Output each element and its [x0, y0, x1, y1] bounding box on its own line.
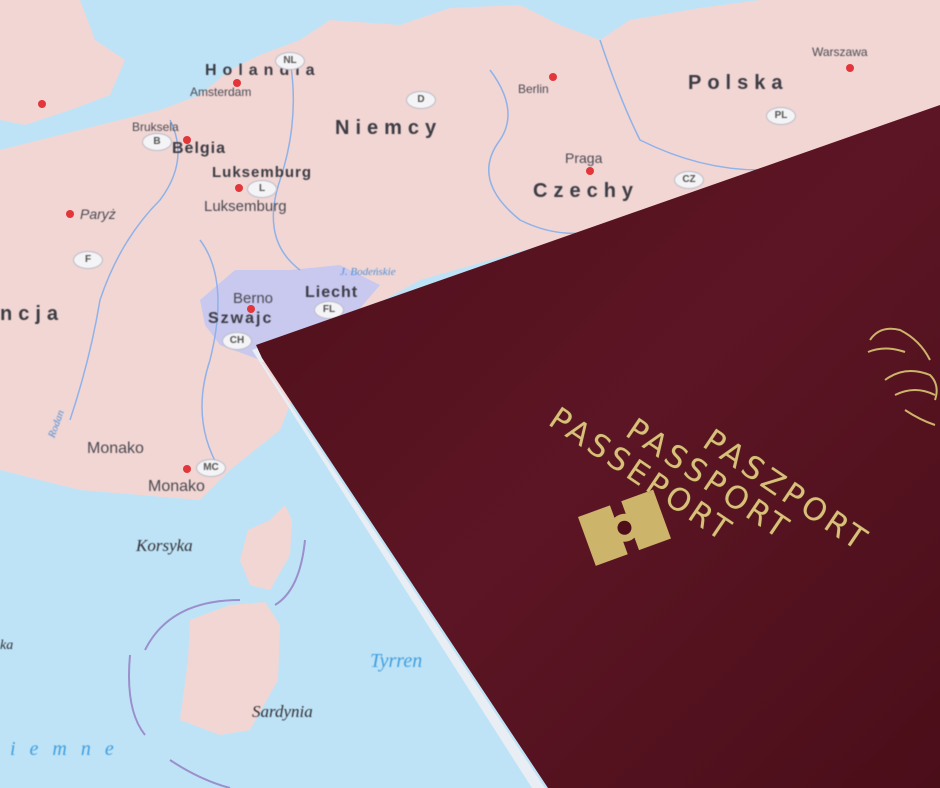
- photo-scene: Holandia Amsterdam Bruksela Belgia Lukse…: [0, 0, 940, 788]
- passport: [0, 0, 940, 788]
